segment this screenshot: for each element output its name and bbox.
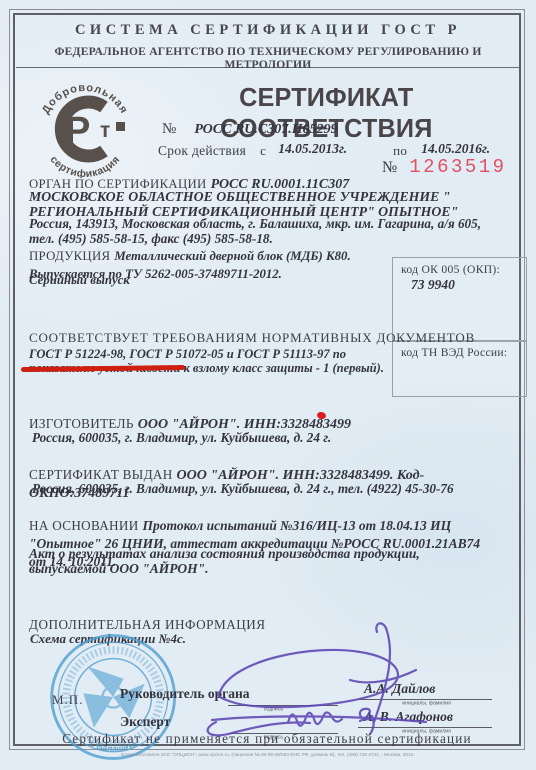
serial-number-label: № (382, 159, 397, 176)
product-label: ПРОДУКЦИЯ (29, 249, 110, 263)
okp-code-value: 73 9940 (401, 277, 526, 293)
logo-letter-p: Р (65, 110, 90, 152)
okp-code-label: код ОК 005 (ОКП): (401, 263, 526, 276)
certificate-page: СИСТЕМА СЕРТИФИКАЦИИ ГОСТ Р ФЕДЕРАЛЬНОЕ … (0, 0, 536, 770)
footer-note: Сертификат не применяется при обязательн… (15, 731, 519, 747)
validity-label: Срок действия (158, 143, 246, 158)
cert-number-value: РОСС RU.C307.H05299 (194, 122, 337, 137)
logo-letter-t: т (100, 119, 110, 142)
agency-subtitle: ФЕДЕРАЛЬНОЕ АГЕНТСТВО ПО ТЕХНИЧЕСКОМУ РЕ… (16, 45, 520, 71)
logo-t-foot (116, 122, 125, 131)
tnved-code-box: код ТН ВЭД России: (392, 340, 527, 397)
issued-line2: Россия, 600035, г. Владимир, ул. Куйбыше… (32, 482, 454, 497)
conformity-label: СООТВЕТСТВУЕТ ТРЕБОВАНИЯМ НОРМАТИВНЫХ ДО… (29, 331, 475, 346)
basis-label: НА ОСНОВАНИИ (29, 518, 139, 533)
manufacturer-label: ИЗГОТОВИТЕЛЬ (29, 416, 134, 431)
issued-label: СЕРТИФИКАТ ВЫДАН (29, 467, 173, 482)
system-title: СИСТЕМА СЕРТИФИКАЦИИ ГОСТ Р (16, 22, 520, 39)
validity-from-date: 14.05.2013г. (278, 141, 347, 156)
expert-label: Эксперт (120, 714, 170, 730)
rst-certification-logo: Добровольная сертификация Р т (28, 76, 142, 178)
validity-to-date: 14.05.2016г. (421, 141, 490, 156)
mp-seal-label: М.П. (52, 692, 83, 708)
validity-from-label: с (260, 143, 266, 158)
cert-number-label: № (162, 121, 176, 137)
cert-number-row: № РОСС RU.C307.H05299 (162, 120, 338, 138)
tnved-code-label: код ТН ВЭД России: (401, 346, 526, 359)
form-maker-microprint: Бланк изготовлен ЗАО "ОПЦИОН", www.opcio… (71, 753, 466, 758)
handwritten-signatures-ink (192, 620, 448, 748)
certification-body-address: Россия, 143913, Московская область, г. Б… (29, 217, 503, 247)
basis-line2: Акт о результатах анализа состояния прои… (29, 546, 477, 576)
product-serial-issue: Серийный выпуск (29, 273, 130, 287)
validity-to-label: по (393, 143, 407, 158)
manufacturer-line2: Россия, 600035, г. Владимир, ул. Куйбыше… (32, 431, 331, 446)
